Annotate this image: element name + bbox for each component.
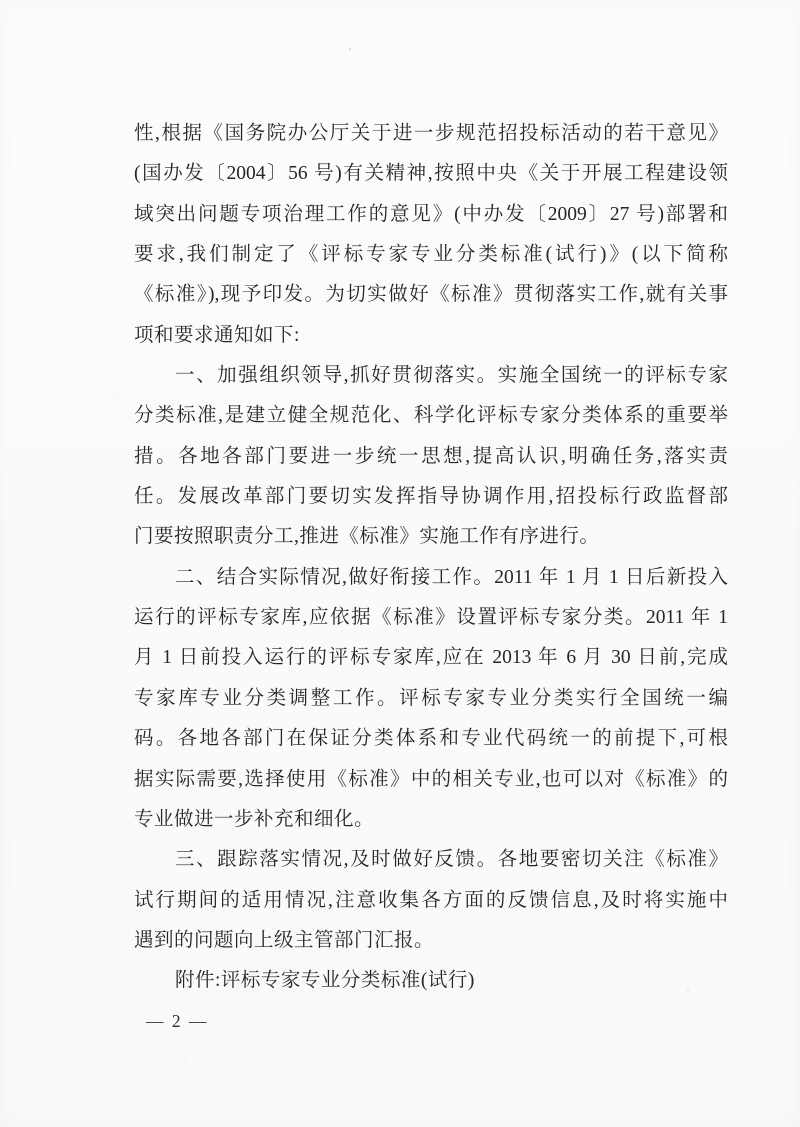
document-body-text: 性,根据《国务院办公厅关于进一步规范招投标活动的若干意见》(国办发〔2004〕5… — [134, 114, 728, 1002]
text-line: 《标准》),现予印发。为切实做好《标准》贯彻落实工作,就有关事 — [134, 275, 728, 315]
text-line: 要求,我们制定了《评标专家专业分类标准(试行)》(以下简称 — [134, 235, 728, 275]
text-line: 性,根据《国务院办公厅关于进一步规范招投标活动的若干意见》 — [134, 114, 728, 154]
text-line: 项和要求通知如下: — [134, 316, 728, 356]
text-line: 分类标准,是建立健全规范化、科学化评标专家分类体系的重要举 — [134, 396, 728, 436]
text-line: 据实际需要,选择使用《标准》中的相关专业,也可以对《标准》的 — [134, 760, 728, 800]
scanned-document-page: 性,根据《国务院办公厅关于进一步规范招投标活动的若干意见》(国办发〔2004〕5… — [0, 0, 800, 1127]
text-line: 运行的评标专家库,应依据《标准》设置评标专家分类。2011 年 1 — [134, 598, 728, 638]
text-line: 遇到的问题向上级主管部门汇报。 — [134, 921, 728, 961]
scan-noise-speckles — [349, 48, 351, 50]
text-line: 任。发展改革部门要切实发挥指导协调作用,招投标行政监督部 — [134, 477, 728, 517]
text-line: 专家库专业分类调整工作。评标专家专业分类实行全国统一编 — [134, 679, 728, 719]
text-line: 三、跟踪落实情况,及时做好反馈。各地要密切关注《标准》 — [134, 840, 728, 880]
text-line: 门要按照职责分工,推进《标准》实施工作有序进行。 — [134, 517, 728, 557]
text-line: 二、结合实际情况,做好衔接工作。2011 年 1 月 1 日后新投入 — [134, 558, 728, 598]
text-line: 码。各地各部门在保证分类体系和专业代码统一的前提下,可根 — [134, 719, 728, 759]
text-line: 域突出问题专项治理工作的意见》(中办发〔2009〕27 号)部署和 — [134, 195, 728, 235]
text-line: 月 1 日前投入运行的评标专家库,应在 2013 年 6 月 30 日前,完成 — [134, 638, 728, 678]
text-line: 附件:评标专家专业分类标准(试行) — [134, 961, 728, 1001]
text-line: 专业做进一步补充和细化。 — [134, 800, 728, 840]
text-line: (国办发〔2004〕56 号)有关精神,按照中央《关于开展工程建设领 — [134, 154, 728, 194]
text-line: 试行期间的适用情况,注意收集各方面的反馈信息,及时将实施中 — [134, 881, 728, 921]
page-number: — 2 — — [146, 1004, 209, 1038]
text-line: 措。各地各部门要进一步统一思想,提高认识,明确任务,落实责 — [134, 437, 728, 477]
text-line: 一、加强组织领导,抓好贯彻落实。实施全国统一的评标专家 — [134, 356, 728, 396]
